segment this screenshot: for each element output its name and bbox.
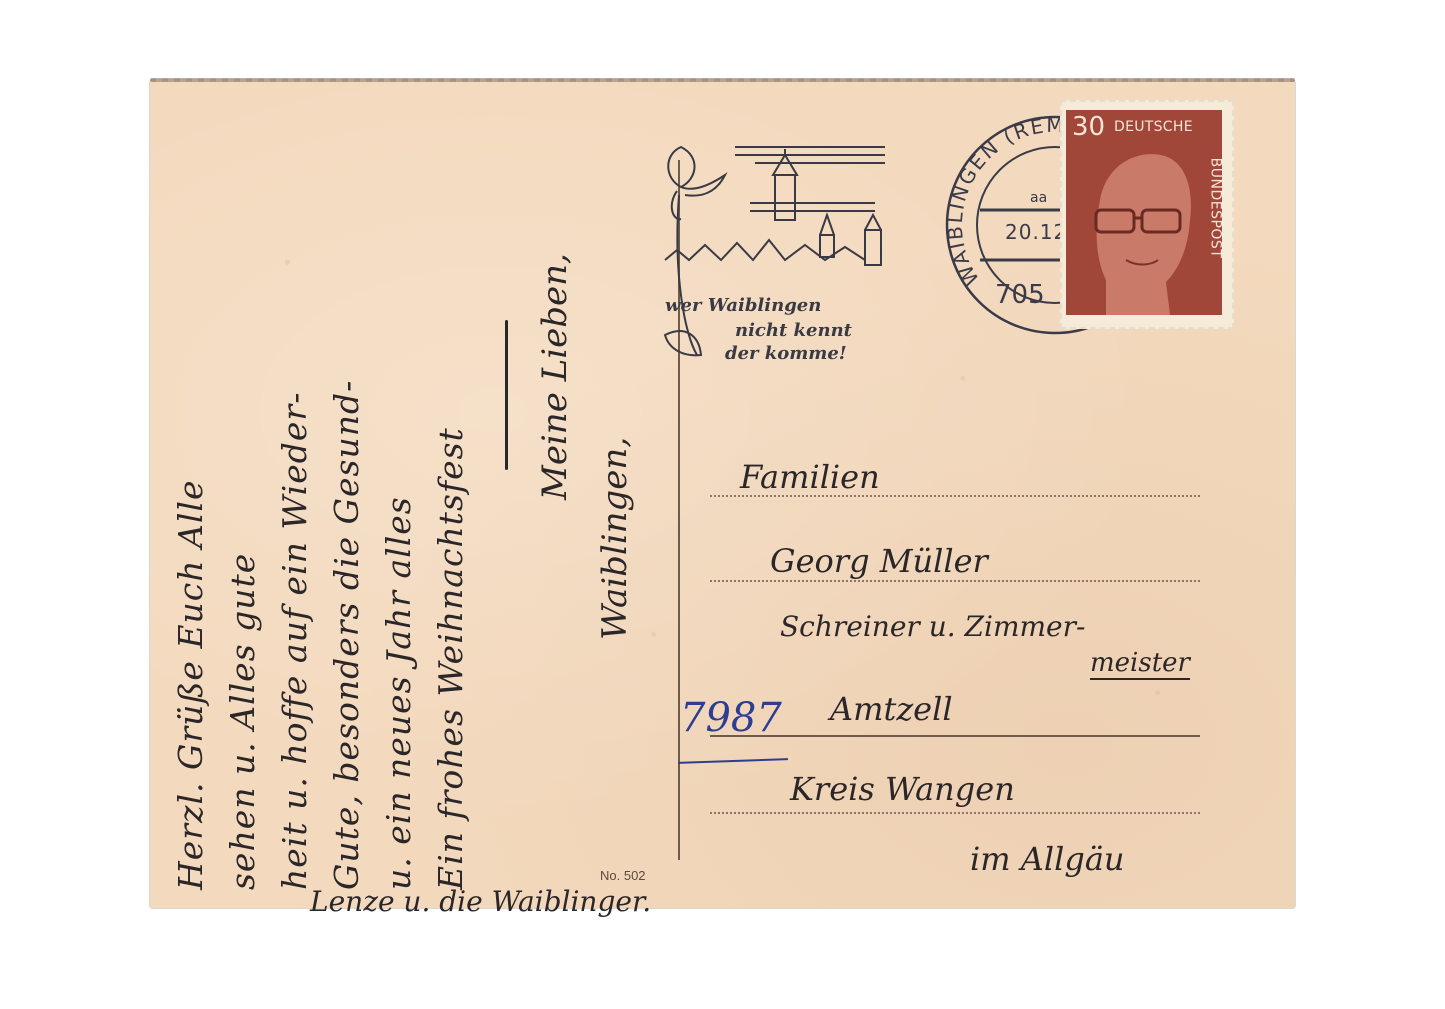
address-rule <box>710 735 1200 737</box>
address-line-6: im Allgäu <box>970 840 1125 878</box>
message-place: Waiblingen, <box>595 437 635 640</box>
address-line-5: Kreis Wangen <box>790 770 1015 808</box>
postmark-postal-code: 705 <box>995 280 1045 310</box>
message-line: Ein frohes Weihnachtsfest <box>425 100 477 890</box>
postmark-sub: aa <box>1030 190 1047 206</box>
postage-stamp: 30 DEUTSCHE BUNDESPOST <box>1060 100 1234 329</box>
portrait-icon <box>1066 110 1222 315</box>
address-rule <box>710 580 1200 582</box>
address-rule <box>710 495 1200 497</box>
address-line-2: Georg Müller <box>770 542 988 580</box>
message-signoff: Lenze u. die Waiblinger. <box>310 885 651 918</box>
message-salutation: Meine Lieben, <box>535 253 575 500</box>
slogan-line-1: wer Waiblingen <box>665 295 821 316</box>
message-line: heit u. hoffe auf ein Wieder- <box>269 100 321 890</box>
slogan-line-2: nicht kennt <box>735 320 852 341</box>
address-line-3: Schreiner u. Zimmer- <box>780 610 1085 643</box>
postcode-underline <box>678 758 788 764</box>
handwritten-message: Herzl. Grüße Euch Alle sehen u. Alles gu… <box>165 100 477 890</box>
postcode-annotation: 7987 <box>680 695 782 741</box>
slogan-line-3: der komme! <box>725 343 847 364</box>
message-line: Herzl. Grüße Euch Alle <box>165 100 217 890</box>
slogan-cancel: wer Waiblingen nicht kennt der komme! <box>655 135 895 375</box>
underline-stroke <box>505 320 508 470</box>
address-line-1: Familien <box>740 458 880 496</box>
message-line: u. ein neues Jahr alles <box>373 100 425 890</box>
stamp-face: 30 DEUTSCHE BUNDESPOST <box>1066 110 1222 315</box>
message-line: Gute, besonders die Gesund- <box>321 100 373 890</box>
scan-page: Herzl. Grüße Euch Alle sehen u. Alles gu… <box>0 0 1445 1009</box>
address-rule <box>710 812 1200 814</box>
postcard: Herzl. Grüße Euch Alle sehen u. Alles gu… <box>150 80 1295 908</box>
card-number: No. 502 <box>600 868 646 883</box>
message-line: sehen u. Alles gute <box>217 100 269 890</box>
address-line-3-cont: meister <box>1090 648 1190 680</box>
address-line-4: Amtzell <box>830 690 953 728</box>
